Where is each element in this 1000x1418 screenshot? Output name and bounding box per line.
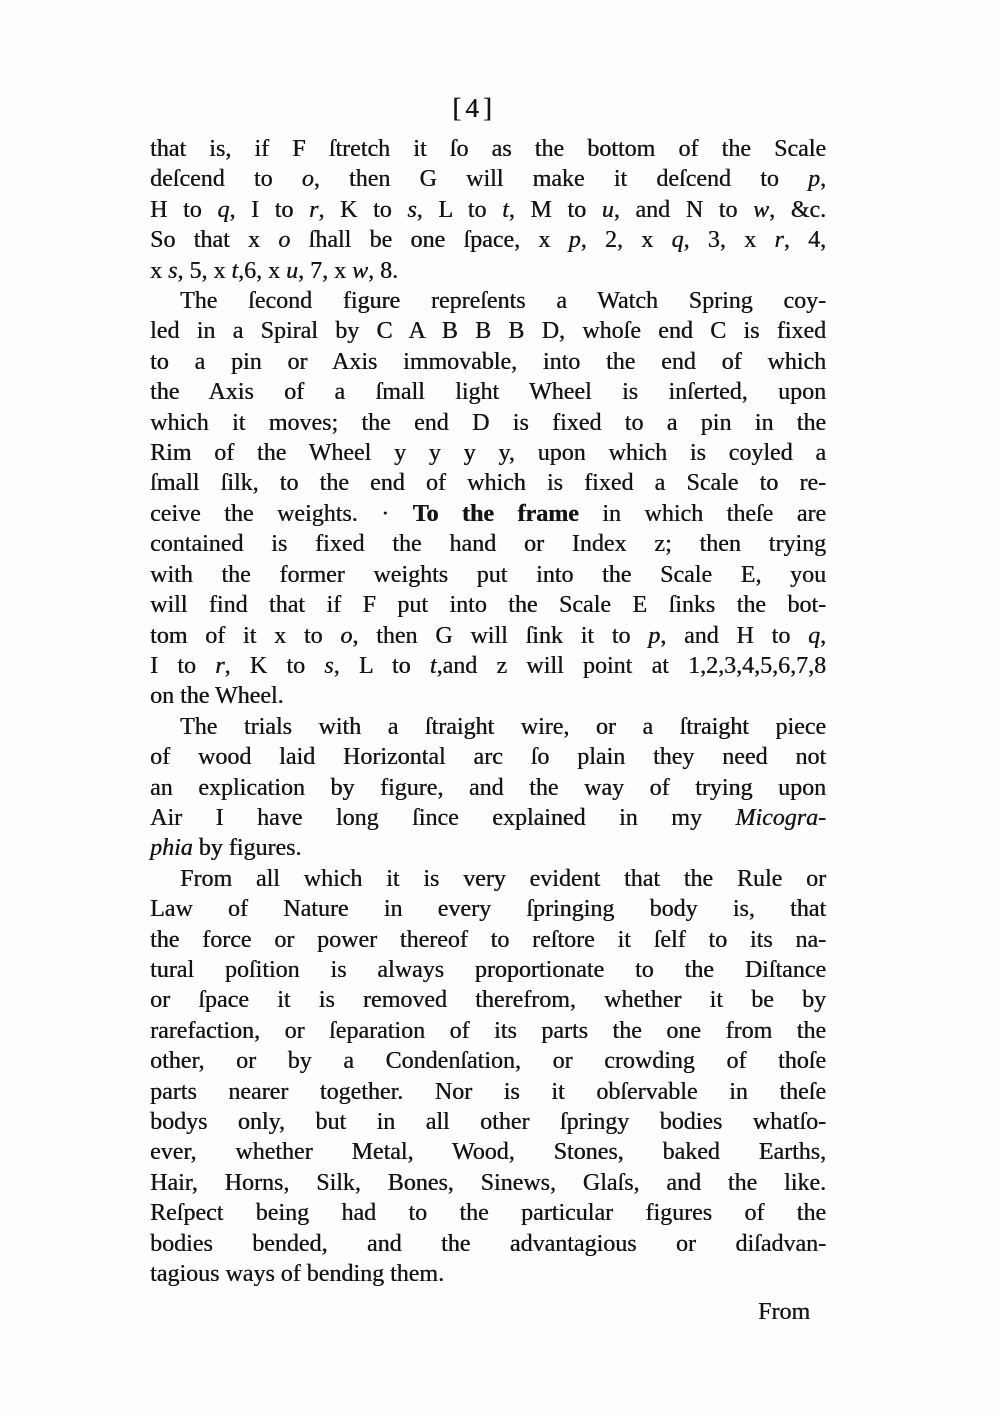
text-segment: , 5, x [177, 258, 231, 284]
italic-text: w [352, 258, 368, 284]
text-segment: , K to [225, 653, 325, 679]
page-number: [4] [136, 90, 812, 126]
text-segment: of wood laid Horizontal arc ſo plain the… [150, 744, 826, 770]
text-segment: Rim of the Wheel y y y y, upon which is … [150, 440, 826, 466]
text-segment: an explication by figure, and the way of… [150, 775, 826, 801]
text-segment: , &c. [769, 197, 826, 223]
catchword: From [150, 1297, 826, 1327]
text-segment: will find that if F put into the Scale E… [150, 592, 826, 618]
text-line: rarefaction, or ſeparation of its parts … [150, 1016, 826, 1046]
paragraph: that is, if F ſtretch it ſo as the botto… [150, 134, 826, 286]
text-line: bodies bended, and the advantagious or d… [150, 1229, 826, 1259]
italic-text: p [808, 166, 820, 192]
text-line: ceive the weights. · To the frame in whi… [150, 499, 826, 529]
italic-text: o [340, 623, 352, 649]
text-line: From all which it is very evident that t… [150, 864, 826, 894]
paragraph: From all which it is very evident that t… [150, 864, 826, 1290]
text-segment: Air I have long ſince explained in my [150, 805, 735, 831]
text-segment: in which theſe are [579, 501, 826, 527]
text-line: an explication by figure, and the way of… [150, 773, 826, 803]
text-segment: From all which it is very evident that t… [180, 866, 826, 892]
italic-text: q [671, 227, 683, 253]
text-segment: by figures. [193, 835, 302, 861]
text-segment: , then G will make it deſcend to [314, 166, 808, 192]
text-line: contained is fixed the hand or Index z; … [150, 529, 826, 559]
text-line: to a pin or Axis immovable, into the end… [150, 347, 826, 377]
text-segment: to a pin or Axis immovable, into the end… [150, 349, 826, 375]
text-line: The trials with a ſtraight wire, or a ſt… [150, 712, 826, 742]
text-segment: , 8. [368, 258, 398, 284]
text-segment: The ſecond figure repreſents a Watch Spr… [180, 288, 826, 314]
text-segment: with the former weights put into the Sca… [150, 562, 826, 588]
paragraphs: that is, if F ſtretch it ſo as the botto… [150, 134, 826, 1289]
text-line: H to q, I to r, K to s, L to t, M to u, … [150, 195, 826, 225]
text-segment: that is, if F ſtretch it ſo as the botto… [150, 136, 826, 162]
italic-text: w [753, 197, 769, 223]
italic-text: u [286, 258, 298, 284]
italic-text: p [569, 227, 581, 253]
italic-text: u [602, 197, 614, 223]
text-line: Reſpect being had to the particular figu… [150, 1198, 826, 1228]
text-segment: on the Wheel. [150, 683, 284, 709]
text-line: Air I have long ſince explained in my Mi… [150, 803, 826, 833]
text-segment: the Axis of a ſmall light Wheel is inſer… [150, 379, 826, 405]
text-segment: , I to [229, 197, 309, 223]
text-segment: , [820, 623, 826, 649]
page-body: [4] that is, if F ſtretch it ſo as the b… [150, 90, 826, 1328]
italic-text: o [302, 166, 314, 192]
text-segment: , 4, [784, 227, 826, 253]
text-line: The ſecond figure repreſents a Watch Spr… [150, 286, 826, 316]
text-segment: Law of Nature in every ſpringing body is… [150, 896, 826, 922]
italic-text: r [309, 197, 318, 223]
text-segment: , 3, x [683, 227, 774, 253]
text-segment: ,6, x [238, 258, 286, 284]
text-segment: ,and z will point at 1,2,3,4,5,6,7,8 [436, 653, 826, 679]
text-line: x s, 5, x t,6, x u, 7, x w, 8. [150, 256, 826, 286]
text-segment: , 2, x [581, 227, 672, 253]
text-line: tom of it x to o, then G will ſink it to… [150, 621, 826, 651]
text-segment: the force or power thereof to reſtore it… [150, 927, 826, 953]
text-line: Law of Nature in every ſpringing body is… [150, 894, 826, 924]
text-line: deſcend to o, then G will make it deſcen… [150, 164, 826, 194]
text-segment: , L to [334, 653, 430, 679]
text-line: with the former weights put into the Sca… [150, 560, 826, 590]
text-line: the Axis of a ſmall light Wheel is inſer… [150, 377, 826, 407]
text-line: tural poſition is always proportionate t… [150, 955, 826, 985]
text-segment: ceive the weights. · [150, 501, 413, 527]
text-line: ſmall ſilk, to the end of which is fixed… [150, 468, 826, 498]
text-segment: , and H to [660, 623, 808, 649]
text-line: tagious ways of bending them. [150, 1259, 826, 1289]
text-segment: tom of it x to [150, 623, 340, 649]
text-segment: deſcend to [150, 166, 302, 192]
text-line: So that x o ſhall be one ſpace, x p, 2, … [150, 225, 826, 255]
text-segment: ſhall be one ſpace, x [290, 227, 568, 253]
text-segment: tural poſition is always proportionate t… [150, 957, 826, 983]
text-line: of wood laid Horizontal arc ſo plain the… [150, 742, 826, 772]
text-line: I to r, K to s, L to t,and z will point … [150, 651, 826, 681]
text-segment: So that x [150, 227, 278, 253]
text-segment: which it moves; the end D is fixed to a … [150, 410, 826, 436]
text-segment: x [150, 258, 168, 284]
text-line: will find that if F put into the Scale E… [150, 590, 826, 620]
text-line: parts nearer together. Nor is it obſerva… [150, 1077, 826, 1107]
text-segment: H to [150, 197, 217, 223]
text-line: that is, if F ſtretch it ſo as the botto… [150, 134, 826, 164]
text-segment: contained is fixed the hand or Index z; … [150, 531, 826, 557]
text-line: or ſpace it is removed therefrom, whethe… [150, 985, 826, 1015]
text-line: on the Wheel. [150, 681, 826, 711]
text-segment: , M to [509, 197, 602, 223]
text-segment: , K to [318, 197, 407, 223]
text-segment: ſmall ſilk, to the end of which is fixed… [150, 470, 826, 496]
text-segment: , 7, x [298, 258, 352, 284]
text-segment: rarefaction, or ſeparation of its parts … [150, 1018, 826, 1044]
text-segment: I to [150, 653, 215, 679]
italic-text: s [407, 197, 416, 223]
text-line: other, or by a Condenſation, or crowding… [150, 1046, 826, 1076]
italic-text: q [808, 623, 820, 649]
text-line: ever, whether Metal, Wood, Stones, baked… [150, 1137, 826, 1167]
italic-text: s [168, 258, 177, 284]
bold-text: To the frame [413, 501, 579, 527]
text-segment: Reſpect being had to the particular figu… [150, 1200, 826, 1226]
italic-text: p [648, 623, 660, 649]
text-line: phia by figures. [150, 833, 826, 863]
text-line: Rim of the Wheel y y y y, upon which is … [150, 438, 826, 468]
text-segment: ever, whether Metal, Wood, Stones, baked… [150, 1139, 826, 1165]
text-segment: Hair, Horns, Silk, Bones, Sinews, Glaſs,… [150, 1170, 826, 1196]
text-segment: , L to [417, 197, 502, 223]
text-line: the force or power thereof to reſtore it… [150, 925, 826, 955]
text-segment: The trials with a ſtraight wire, or a ſt… [180, 714, 826, 740]
text-segment: led in a Spiral by C A B B B D, whoſe en… [150, 318, 826, 344]
text-segment: bodies bended, and the advantagious or d… [150, 1231, 826, 1257]
text-segment: or ſpace it is removed therefrom, whethe… [150, 987, 826, 1013]
paragraph: The ſecond figure repreſents a Watch Spr… [150, 286, 826, 712]
text-segment: , then G will ſink it to [352, 623, 648, 649]
italic-text: q [217, 197, 229, 223]
text-segment: , and N to [614, 197, 753, 223]
text-line: led in a Spiral by C A B B B D, whoſe en… [150, 316, 826, 346]
italic-text: o [278, 227, 290, 253]
italic-text: r [215, 653, 224, 679]
italic-text: s [324, 653, 333, 679]
book-page: [4] that is, if F ſtretch it ſo as the b… [0, 0, 1000, 1418]
italic-text: t [502, 197, 509, 223]
italic-text: r [774, 227, 783, 253]
text-segment: , [820, 166, 826, 192]
italic-text: phia [150, 835, 193, 861]
text-segment: other, or by a Condenſation, or crowding… [150, 1048, 826, 1074]
paragraph: The trials with a ſtraight wire, or a ſt… [150, 712, 826, 864]
text-segment: tagious ways of bending them. [150, 1261, 444, 1287]
italic-text: t [231, 258, 238, 284]
text-line: which it moves; the end D is fixed to a … [150, 408, 826, 438]
text-line: bodys only, but in all other ſpringy bod… [150, 1107, 826, 1137]
text-line: Hair, Horns, Silk, Bones, Sinews, Glaſs,… [150, 1168, 826, 1198]
text-segment: bodys only, but in all other ſpringy bod… [150, 1109, 826, 1135]
italic-text: Micogra- [735, 805, 826, 831]
text-segment: parts nearer together. Nor is it obſerva… [150, 1079, 826, 1105]
